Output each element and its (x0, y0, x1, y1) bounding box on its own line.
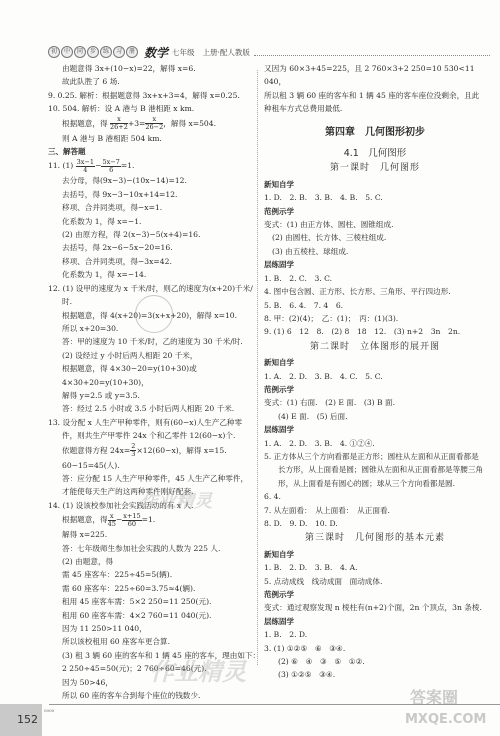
answer-line: (2) ⑥ ④ ③ ⑤ ①②. (264, 655, 486, 668)
answer-line: 1. A. 2. D. 3. B. 4. C. 5. C. (264, 370, 486, 383)
text-line: 去括号，得 9x−3−10x+14=12. (48, 188, 253, 201)
answer-line: 7. 从左面看： 从上面看： 从正面看. (264, 504, 486, 517)
answer-line: (2) 由圆柱、长方体、三棱柱组成. (264, 231, 486, 244)
text-line: 9. 0.25. 解析：根据题意得 3x+x+3=4，解得 x=0.25. (48, 89, 253, 102)
answer-line: 变式：(1) 由正方体、圆柱、圆锥组成. (264, 218, 486, 231)
text-line: 因为 50>46， (48, 676, 253, 689)
text-line: 14. (1) 设该校参加社会实践活动的有 x 人. (48, 499, 253, 512)
answer-line: 6. 4. (264, 490, 486, 503)
answer-line: 1. B. 2. D. (264, 628, 486, 641)
text-line: 根据题意，得 4×30−20=y(10+30)或 4×30+20=y(10+30… (48, 362, 253, 389)
text-line: 13. 设分配 x 人生产甲种零件，则有(60−x)人生产乙种零件，则共生产甲零… (48, 416, 253, 443)
fraction: x26−2 (145, 116, 163, 131)
badge: 习 (113, 46, 125, 58)
answer-line: 1. B. 2. D. 3. B. 4. A. (264, 561, 486, 574)
subject-title: 数学 (144, 44, 168, 61)
right-column: 又因为 60×3+45=225，且 2 760×3+2 250=10 530<1… (264, 62, 486, 682)
answer-line: (3) 由五棱柱、球组成. (264, 245, 486, 258)
dotted-leader (254, 49, 490, 56)
text-line: 解得 x=225. (48, 528, 253, 541)
text-line: 60−15=45(人). (48, 459, 253, 472)
series-badges: 初 中 同 步 练 习 册 (48, 46, 138, 58)
text: 根据题意，得 (62, 515, 108, 524)
fraction: 3x−14 (76, 159, 95, 174)
text: ×12(60−x)，解得 x=15. (136, 446, 226, 455)
text-line: 所以租 3 辆 60 座的客车和 1 辆 45 座的客车座位没剩余，且此种租车方… (264, 89, 486, 116)
text-line: 去括号，得 2x−6−5x−20=16. (48, 241, 253, 254)
answer-line: (4) E 面. (5) 后面. (264, 410, 486, 423)
denominator: 26+2 (110, 124, 128, 131)
section-title: 4.1 几何图形 (264, 147, 486, 160)
answer-line: 5. 点动成线 线动成面 面动成体. (264, 575, 486, 588)
answer-line: 1. A. 2. D. 3. B. 4. ①②④. (264, 437, 486, 450)
text-line: 化系数为 1，得 x=−14. (48, 268, 253, 281)
text-line: 2 250÷45=50(元)；2 760÷60=46(元). (48, 662, 253, 675)
text-line: 需 60 座客车：225÷60=3.75≈4(辆). (48, 582, 253, 595)
page-ticks: 0000 (44, 708, 48, 713)
text-line: 答：七年级师生参加社会实践的人数为 225 人. (48, 542, 253, 555)
block-heading: 范例示学 (264, 588, 486, 601)
text-line: 解得 y=2.5 或 y=3.5. (48, 389, 253, 402)
text-line: 由题意得 3x+(10−x)=22，解得 x=6. (48, 62, 253, 75)
answer-line: 8. 甲：(2)(4)； 乙：(1)； 丙：(1)(3). (264, 312, 486, 325)
text-line: (2) 设经过 y 小时后两人相距 20 千米， (48, 349, 253, 362)
text: 根据题意，得 (62, 119, 108, 128)
chapter-title: 第四章 几何图形初步 (264, 126, 486, 139)
lesson-title: 第二课时 立体图形的展开图 (264, 341, 486, 354)
equation-line: 根据题意，得 x26+2+3=x26−2，解得 x=504. (48, 116, 253, 132)
text-line: 答：应分配 15 人生产甲种零件，45 人生产乙种零件，才能使每天生产的这两种零… (48, 472, 253, 499)
denominator: 26−2 (145, 124, 163, 131)
fraction: x+1560 (122, 513, 141, 528)
denominator: 6 (101, 167, 120, 174)
text: =1. (142, 515, 156, 524)
stamp-mark (135, 295, 173, 333)
grade-label: 七年级 (172, 47, 195, 58)
block-heading: 层练固学 (264, 423, 486, 436)
answer-line: 4. 图中包含圆、正方形、长方形、三角形、平行四边形. (264, 285, 486, 298)
badge: 中 (61, 46, 73, 58)
block-heading: 范例示学 (264, 383, 486, 396)
denominator: 60 (122, 521, 141, 528)
fraction: x45 (108, 513, 116, 528)
text-line: (2) 由题意，得 (48, 555, 253, 568)
left-column: 由题意得 3x+(10−x)=22，解得 x=6. 故此队胜了 6 场. 9. … (48, 62, 253, 702)
answer-line: 3. (1) ①②⑤ ⑥ ③④. (264, 642, 486, 655)
text: +3= (128, 119, 146, 128)
lesson-title: 第三课时 几何图形的基本元素 (264, 532, 486, 545)
text: ，解得 x=504. (163, 119, 216, 128)
answer-line: 8. D. 9. D. 10. D. (264, 517, 486, 530)
badge: 册 (126, 46, 138, 58)
running-header: 初 中 同 步 练 习 册 数学 七年级 上册·配人教版 (48, 44, 490, 60)
text-line: 租用 60 座客车需：4×2 760=11 040(元). (48, 609, 253, 622)
badge: 同 (74, 46, 86, 58)
text-line: 又因为 60×3+45=225，且 2 760×3+2 250=10 530<1… (264, 62, 486, 89)
text-line: 答：经过 2.5 小时或 3.5 小时后两人相距 20 千米. (48, 402, 253, 415)
denominator: 45 (108, 521, 116, 528)
text-line: (2) 由原方程，得 2(x−3)−5(x+4)=16. (48, 228, 253, 241)
text-line: 所以该校租用 60 座客车更合算. (48, 635, 253, 648)
text-line: 去分母，得(9x−3)−(10x−14)=12. (48, 174, 253, 187)
equation-line: 依题意得方程 24x=23×12(60−x)，解得 x=15. (48, 443, 253, 459)
page-number: 152 (0, 704, 42, 736)
text-line: 移项、合并同类项，得−x=1. (48, 201, 253, 214)
text-line: 租用 45 座客车需：5×2 250=11 250(元). (48, 595, 253, 608)
site-watermark: MXQE.COM (405, 712, 486, 727)
text: 依题意得方程 24x= (62, 446, 130, 455)
footer-rule (49, 704, 500, 705)
badge: 初 (48, 46, 60, 58)
answer-line: 5. 正方体从三个方向看都是正方形；圆柱从左面和从正面看都是长方形，从上面看是圆… (264, 450, 486, 490)
answer-line: 1. B. 2. C. 3. C. (264, 272, 486, 285)
section-heading: 三、解答题 (48, 145, 253, 158)
fraction: 5x−76 (101, 159, 120, 174)
answer-line: 变式：通过观察发现 n 棱柱有(n+2)个面，2n 个顶点，3n 条棱. (264, 601, 486, 614)
text-line: 答：甲的速度为 10 千米/时，乙的速度为 30 千米/时. (48, 335, 253, 348)
block-heading: 层练固学 (264, 615, 486, 628)
answer-line: 5. B. 6. 4. 7. 4 6. (264, 299, 486, 312)
text-line: 因为 11 250>11 040， (48, 622, 253, 635)
fraction: x26+2 (110, 116, 128, 131)
text-line: 故此队胜了 6 场. (48, 75, 253, 88)
answer-line: 9. (1) 6 12 8. (2) 8 18 12. (3) n+2 3n 2… (264, 325, 486, 338)
text-line: 化系数为 1，得 x=−1. (48, 215, 253, 228)
block-heading: 新知自学 (264, 178, 486, 191)
text-line: 所以 60 座的客车合到每个座位的钱数少. (48, 689, 253, 702)
text-line: 10. 504. 解析：设 A 港与 B 港相距 x km. (48, 102, 253, 115)
column-divider (257, 70, 258, 665)
block-heading: 新知自学 (264, 548, 486, 561)
block-heading: 范例示学 (264, 205, 486, 218)
text-line: 则 A 港与 B 港相距 504 km. (48, 132, 253, 145)
text: =1. (121, 161, 135, 170)
answer-line: (3) ①②⑤ ③④. (264, 668, 486, 681)
denominator: 4 (76, 167, 95, 174)
badge: 步 (87, 46, 99, 58)
answer-line: 变式：(1) 右面. (2) E 面. (3) B 面. (264, 396, 486, 409)
text-line: 需 45 座客车：225÷45=5(辆). (48, 568, 253, 581)
badge: 练 (100, 46, 112, 58)
equation-line: 11. (1) 3x−14−5x−76=1. (48, 158, 253, 174)
text-line: 移项、合并同类项，得−3x=42. (48, 255, 253, 268)
answer-line: 1. D. 2. B. 3. B. 4. B. 5. C. (264, 191, 486, 204)
block-heading: 层练固学 (264, 258, 486, 271)
edition-label: 上册·配人教版 (203, 47, 250, 58)
equation-line: 根据题意，得x45−x+1560=1. (48, 512, 253, 528)
lesson-title: 第一课时 几何图形 (264, 162, 486, 175)
block-heading: 新知自学 (264, 356, 486, 369)
text-line: (3) 租 3 辆 60 座的客车和 1 辆 45 座的客车，理由如下： (48, 649, 253, 662)
text: 11. (1) (48, 161, 73, 170)
